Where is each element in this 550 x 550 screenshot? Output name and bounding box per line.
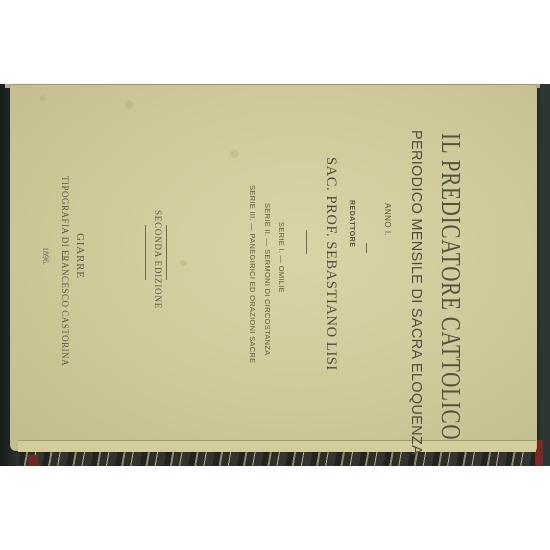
divider-rule [166, 225, 167, 280]
divider-rule [145, 225, 146, 280]
book-subtitle: PERIODICO MENSILE DI SACRA ELOQUENZA [408, 130, 424, 455]
series-item: SERIE III. — PANEGIRICI ED ORAZIONI SACR… [248, 185, 257, 363]
publication-year: 1896. [41, 247, 50, 265]
divider-rule [306, 230, 307, 254]
divider-rule [62, 252, 63, 260]
title-page-text: IL PREDICATORE CATTOLICO PERIODICO MENSI… [0, 0, 550, 550]
editor-name: SAC. PROF. SEBASTIANO LISI [322, 157, 339, 371]
series-item: SERIE I. — OMILIE [277, 222, 286, 293]
publication-city: GIARRE [74, 233, 86, 279]
editor-label: REDATTORE [348, 200, 355, 247]
volume-label: ANNO I. [383, 203, 392, 236]
book-title: IL PREDICATORE CATTOLICO [435, 133, 466, 440]
printer-name: TIPOGRAFIA DI FRANCESCO CASTORINA [60, 176, 70, 366]
edition-label: SECONDA EDIZIONE [153, 210, 163, 309]
series-item: SERIE II. — SERMONI DI CIRCOSTANZA [263, 203, 272, 356]
divider-rule [366, 243, 367, 253]
